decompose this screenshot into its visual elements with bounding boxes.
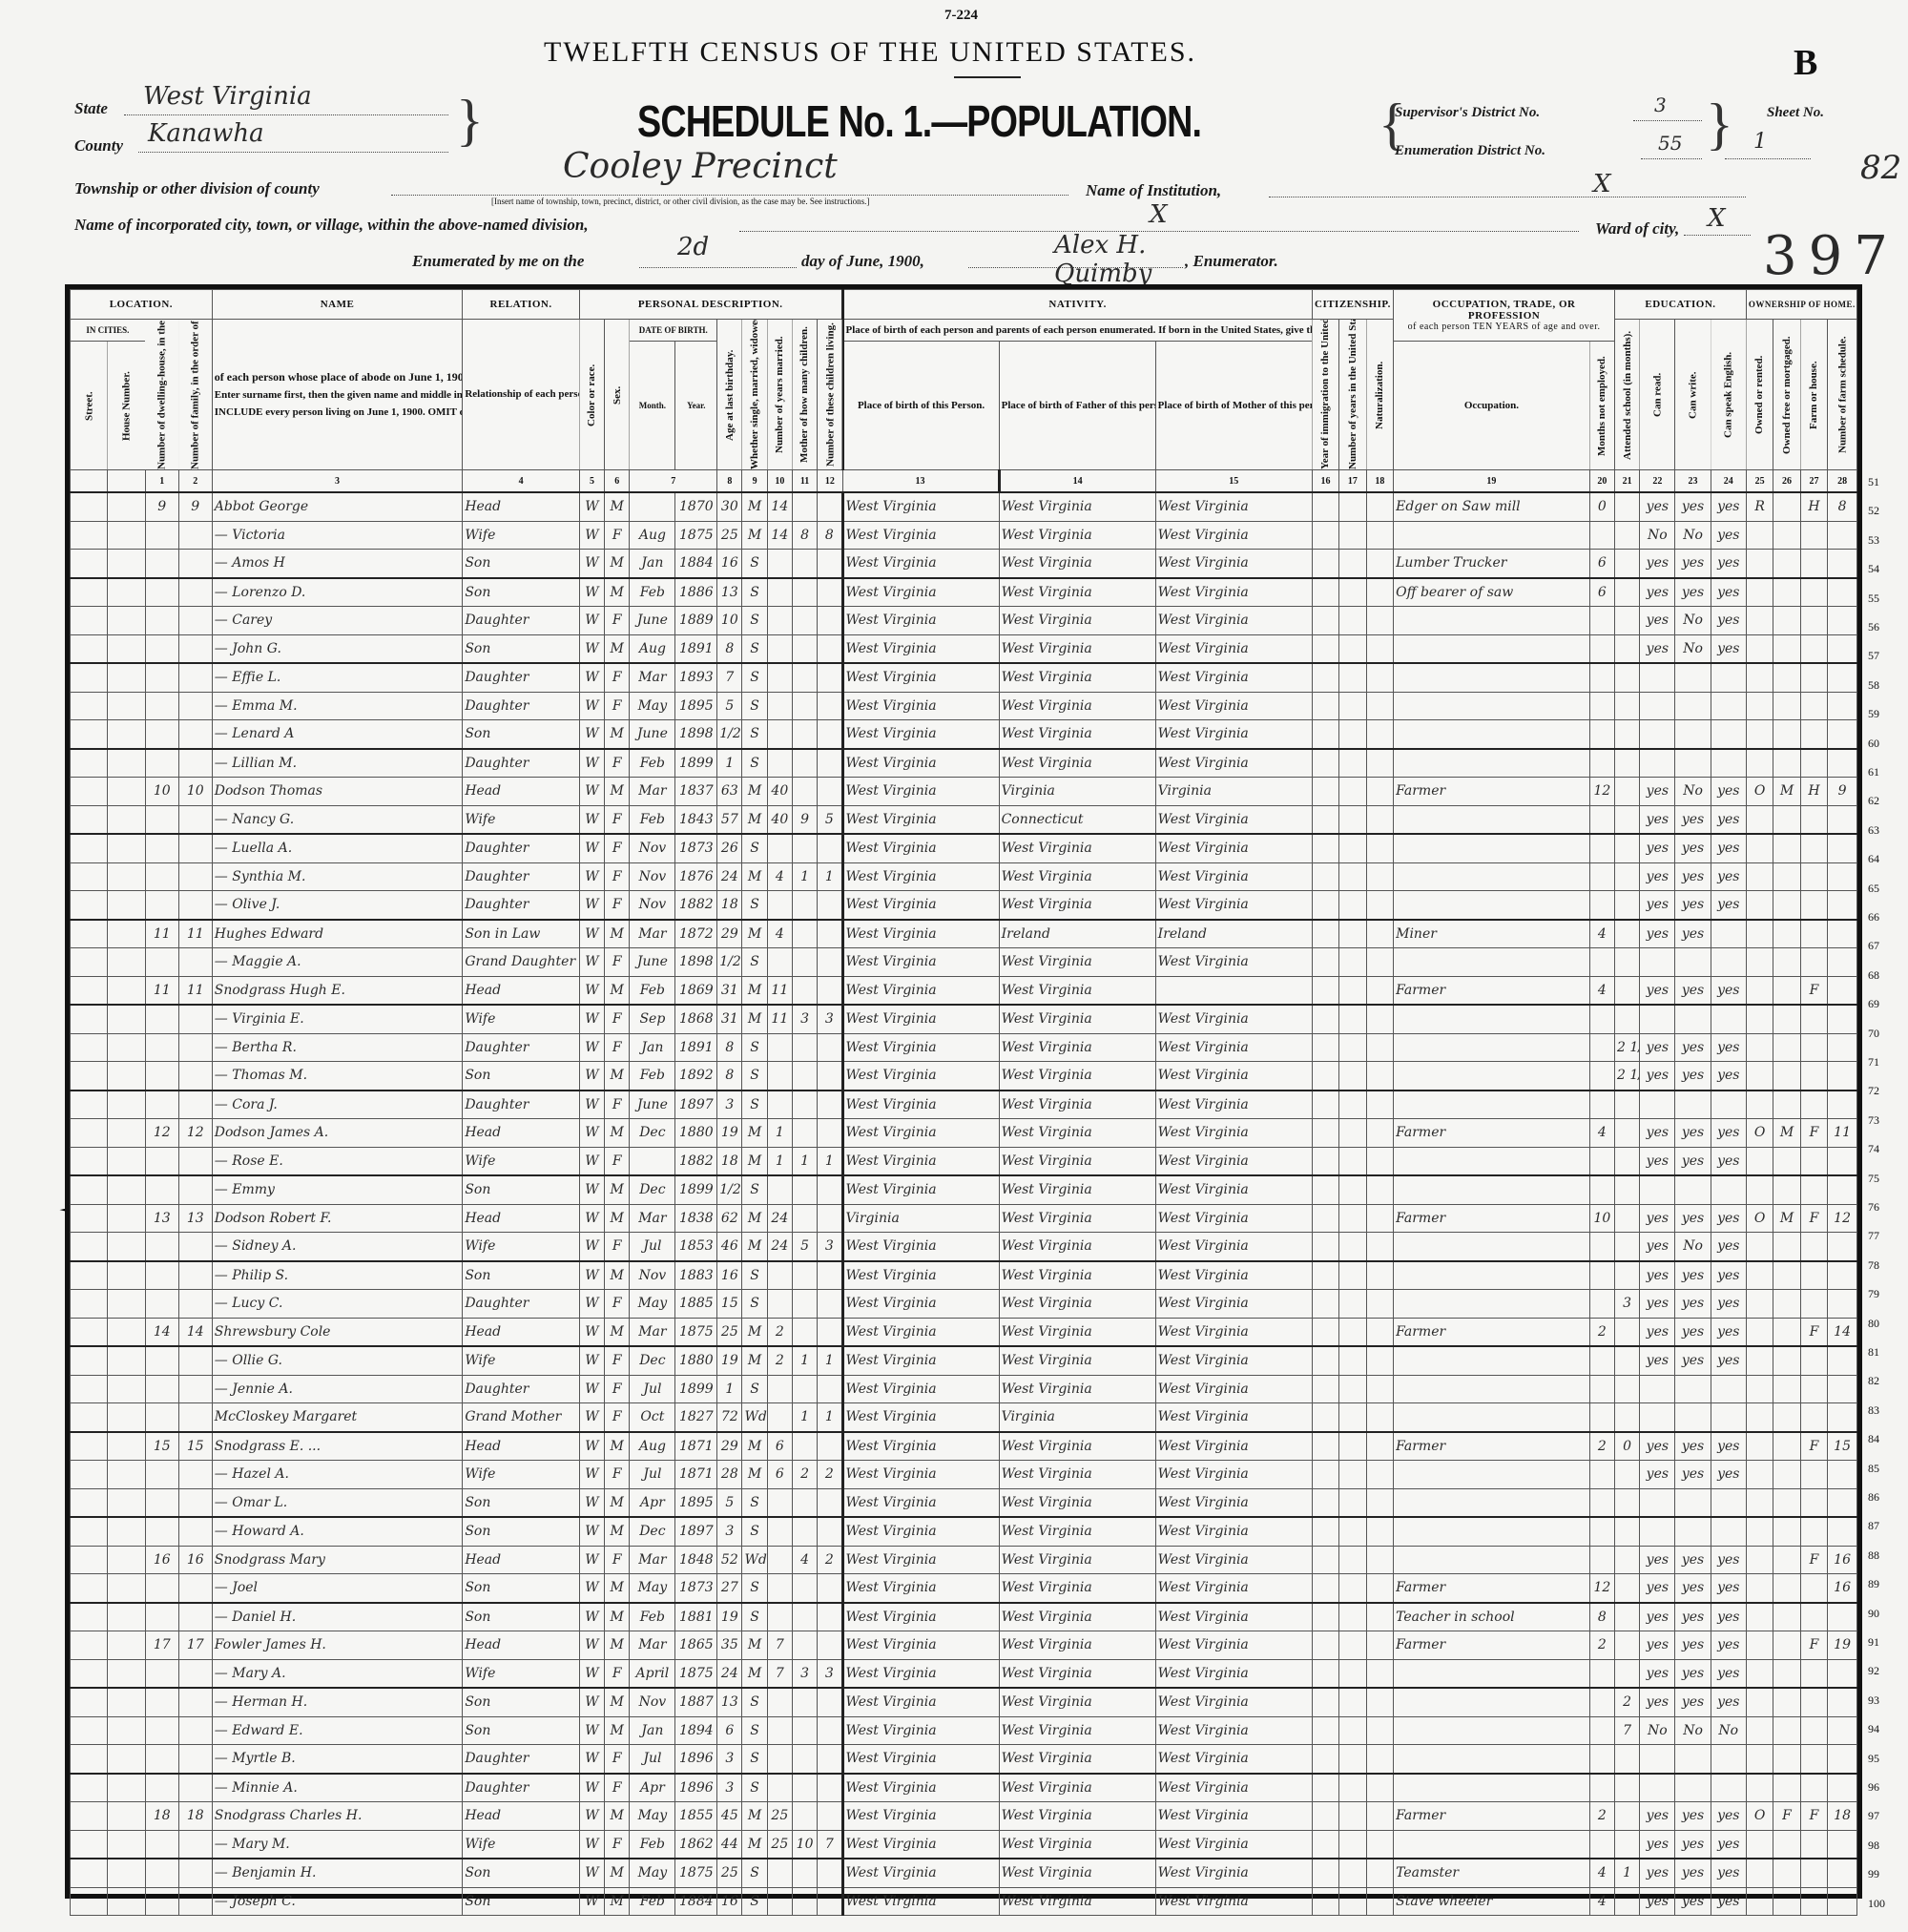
- immigration-year-cell[interactable]: [1312, 1631, 1338, 1660]
- birthplace-person-cell[interactable]: West Virginia: [842, 1659, 999, 1688]
- farm-schedule-cell[interactable]: [1828, 663, 1857, 692]
- dwelling-number-cell[interactable]: [145, 1659, 178, 1688]
- years-married-cell[interactable]: 2: [767, 1346, 792, 1375]
- house-number-cell[interactable]: [108, 862, 145, 891]
- naturalization-cell[interactable]: [1366, 1432, 1393, 1461]
- relation-cell[interactable]: Daughter: [463, 834, 580, 862]
- can-write-cell[interactable]: yes: [1675, 1830, 1711, 1859]
- free-mortgaged-cell[interactable]: [1773, 976, 1800, 1005]
- occupation-cell[interactable]: [1394, 1659, 1590, 1688]
- birthplace-mother-cell[interactable]: West Virginia: [1155, 1887, 1312, 1916]
- birth-year-cell[interactable]: 1868: [675, 1005, 717, 1033]
- years-in-us-cell[interactable]: [1339, 891, 1366, 920]
- age-cell[interactable]: 1/2: [717, 720, 742, 749]
- speaks-english-cell[interactable]: yes: [1711, 1603, 1746, 1631]
- children-living-cell[interactable]: [818, 1802, 842, 1831]
- birthplace-father-cell[interactable]: West Virginia: [999, 1233, 1155, 1261]
- farm-schedule-cell[interactable]: [1828, 1603, 1857, 1631]
- children-living-cell[interactable]: [818, 891, 842, 920]
- speaks-english-cell[interactable]: yes: [1711, 607, 1746, 635]
- can-write-cell[interactable]: yes: [1675, 1631, 1711, 1660]
- dwelling-number-cell[interactable]: [145, 891, 178, 920]
- immigration-year-cell[interactable]: [1312, 920, 1338, 948]
- birthplace-person-cell[interactable]: West Virginia: [842, 1403, 999, 1432]
- family-number-cell[interactable]: [178, 1830, 212, 1859]
- children-living-cell[interactable]: [818, 976, 842, 1005]
- age-cell[interactable]: 31: [717, 976, 742, 1005]
- birth-month-cell[interactable]: Mar: [630, 663, 675, 692]
- birthplace-person-cell[interactable]: West Virginia: [842, 1461, 999, 1489]
- years-in-us-cell[interactable]: [1339, 1603, 1366, 1631]
- marital-status-cell[interactable]: S: [742, 692, 767, 720]
- dwelling-number-cell[interactable]: [145, 1830, 178, 1859]
- speaks-english-cell[interactable]: yes: [1711, 1546, 1746, 1574]
- naturalization-cell[interactable]: [1366, 1005, 1393, 1033]
- naturalization-cell[interactable]: [1366, 1062, 1393, 1091]
- months-unemployed-cell[interactable]: [1589, 1830, 1614, 1859]
- family-number-cell[interactable]: [178, 1005, 212, 1033]
- months-unemployed-cell[interactable]: [1589, 720, 1614, 749]
- relation-cell[interactable]: Son: [463, 1859, 580, 1887]
- street-cell[interactable]: [71, 1375, 108, 1403]
- children-living-cell[interactable]: [818, 1033, 842, 1062]
- owned-rented-cell[interactable]: [1746, 1745, 1773, 1774]
- street-cell[interactable]: [71, 1261, 108, 1290]
- birth-month-cell[interactable]: May: [630, 1802, 675, 1831]
- months-unemployed-cell[interactable]: [1589, 1033, 1614, 1062]
- owned-rented-cell[interactable]: [1746, 607, 1773, 635]
- can-write-cell[interactable]: yes: [1675, 891, 1711, 920]
- birthplace-mother-cell[interactable]: West Virginia: [1155, 634, 1312, 663]
- speaks-english-cell[interactable]: yes: [1711, 634, 1746, 663]
- street-cell[interactable]: [71, 1517, 108, 1546]
- occupation-cell[interactable]: Edger on Saw mill: [1394, 492, 1590, 521]
- person-name-cell[interactable]: — Myrtle B.: [212, 1745, 463, 1774]
- farm-schedule-cell[interactable]: [1828, 1005, 1857, 1033]
- owned-rented-cell[interactable]: [1746, 1574, 1773, 1603]
- months-unemployed-cell[interactable]: [1589, 607, 1614, 635]
- speaks-english-cell[interactable]: yes: [1711, 1574, 1746, 1603]
- years-married-cell[interactable]: [767, 1716, 792, 1745]
- children-born-cell[interactable]: [792, 1033, 817, 1062]
- occupation-cell[interactable]: [1394, 1403, 1590, 1432]
- color-cell[interactable]: W: [579, 607, 604, 635]
- speaks-english-cell[interactable]: [1711, 663, 1746, 692]
- can-read-cell[interactable]: [1640, 749, 1675, 778]
- age-cell[interactable]: 19: [717, 1119, 742, 1148]
- farm-house-cell[interactable]: [1800, 1346, 1827, 1375]
- family-number-cell[interactable]: [178, 948, 212, 977]
- immigration-year-cell[interactable]: [1312, 1432, 1338, 1461]
- birthplace-father-cell[interactable]: West Virginia: [999, 1119, 1155, 1148]
- person-name-cell[interactable]: — Herman H.: [212, 1688, 463, 1716]
- naturalization-cell[interactable]: [1366, 1603, 1393, 1631]
- birth-year-cell[interactable]: 1882: [675, 1147, 717, 1175]
- farm-schedule-cell[interactable]: [1828, 720, 1857, 749]
- can-write-cell[interactable]: No: [1675, 1716, 1711, 1745]
- school-months-cell[interactable]: [1615, 1204, 1640, 1233]
- house-number-cell[interactable]: [108, 1091, 145, 1119]
- street-cell[interactable]: [71, 1659, 108, 1688]
- township-field[interactable]: Cooley Precinct: [391, 174, 1068, 196]
- farm-house-cell[interactable]: [1800, 663, 1827, 692]
- house-number-cell[interactable]: [108, 578, 145, 607]
- color-cell[interactable]: W: [579, 1432, 604, 1461]
- street-cell[interactable]: [71, 1802, 108, 1831]
- can-read-cell[interactable]: yes: [1640, 550, 1675, 578]
- house-number-cell[interactable]: [108, 1603, 145, 1631]
- house-number-cell[interactable]: [108, 976, 145, 1005]
- naturalization-cell[interactable]: [1366, 634, 1393, 663]
- months-unemployed-cell[interactable]: [1589, 1147, 1614, 1175]
- naturalization-cell[interactable]: [1366, 1375, 1393, 1403]
- birthplace-father-cell[interactable]: West Virginia: [999, 1488, 1155, 1517]
- birth-year-cell[interactable]: 1883: [675, 1261, 717, 1290]
- naturalization-cell[interactable]: [1366, 1091, 1393, 1119]
- free-mortgaged-cell[interactable]: [1773, 1887, 1800, 1916]
- immigration-year-cell[interactable]: [1312, 805, 1338, 834]
- relation-cell[interactable]: Daughter: [463, 1091, 580, 1119]
- school-months-cell[interactable]: [1615, 920, 1640, 948]
- children-living-cell[interactable]: [818, 1774, 842, 1802]
- can-read-cell[interactable]: [1640, 1091, 1675, 1119]
- person-name-cell[interactable]: — Howard A.: [212, 1517, 463, 1546]
- age-cell[interactable]: 16: [717, 1261, 742, 1290]
- birthplace-mother-cell[interactable]: Virginia: [1155, 778, 1312, 806]
- can-write-cell[interactable]: yes: [1675, 1033, 1711, 1062]
- free-mortgaged-cell[interactable]: [1773, 1346, 1800, 1375]
- dwelling-number-cell[interactable]: [145, 749, 178, 778]
- family-number-cell[interactable]: [178, 1659, 212, 1688]
- house-number-cell[interactable]: [108, 1062, 145, 1091]
- immigration-year-cell[interactable]: [1312, 1233, 1338, 1261]
- occupation-cell[interactable]: [1394, 1233, 1590, 1261]
- birth-year-cell[interactable]: 1837: [675, 778, 717, 806]
- occupation-cell[interactable]: Off bearer of saw: [1394, 578, 1590, 607]
- birthplace-person-cell[interactable]: West Virginia: [842, 1005, 999, 1033]
- months-unemployed-cell[interactable]: [1589, 692, 1614, 720]
- street-cell[interactable]: [71, 976, 108, 1005]
- farm-schedule-cell[interactable]: [1828, 550, 1857, 578]
- birthplace-father-cell[interactable]: West Virginia: [999, 1745, 1155, 1774]
- owned-rented-cell[interactable]: [1746, 578, 1773, 607]
- can-read-cell[interactable]: yes: [1640, 1574, 1675, 1603]
- color-cell[interactable]: W: [579, 1745, 604, 1774]
- relation-cell[interactable]: Daughter: [463, 1745, 580, 1774]
- birthplace-person-cell[interactable]: West Virginia: [842, 1346, 999, 1375]
- marital-status-cell[interactable]: M: [742, 1461, 767, 1489]
- family-number-cell[interactable]: [178, 862, 212, 891]
- can-write-cell[interactable]: yes: [1675, 578, 1711, 607]
- birthplace-mother-cell[interactable]: West Virginia: [1155, 492, 1312, 521]
- naturalization-cell[interactable]: [1366, 1517, 1393, 1546]
- years-in-us-cell[interactable]: [1339, 1204, 1366, 1233]
- sex-cell[interactable]: M: [605, 1517, 630, 1546]
- farm-schedule-cell[interactable]: [1828, 1859, 1857, 1887]
- birth-month-cell[interactable]: Feb: [630, 976, 675, 1005]
- age-cell[interactable]: 16: [717, 1887, 742, 1916]
- years-in-us-cell[interactable]: [1339, 1033, 1366, 1062]
- naturalization-cell[interactable]: [1366, 805, 1393, 834]
- person-name-cell[interactable]: — Ollie G.: [212, 1346, 463, 1375]
- free-mortgaged-cell[interactable]: [1773, 1574, 1800, 1603]
- birth-month-cell[interactable]: Nov: [630, 1688, 675, 1716]
- birth-year-cell[interactable]: 1899: [675, 749, 717, 778]
- school-months-cell[interactable]: [1615, 1119, 1640, 1148]
- dwelling-number-cell[interactable]: [145, 1403, 178, 1432]
- age-cell[interactable]: 27: [717, 1574, 742, 1603]
- children-born-cell[interactable]: [792, 1774, 817, 1802]
- house-number-cell[interactable]: [108, 1318, 145, 1346]
- birthplace-father-cell[interactable]: West Virginia: [999, 1290, 1155, 1319]
- birthplace-person-cell[interactable]: West Virginia: [842, 862, 999, 891]
- can-write-cell[interactable]: [1675, 663, 1711, 692]
- immigration-year-cell[interactable]: [1312, 1802, 1338, 1831]
- can-read-cell[interactable]: yes: [1640, 805, 1675, 834]
- can-read-cell[interactable]: yes: [1640, 1461, 1675, 1489]
- can-read-cell[interactable]: yes: [1640, 1204, 1675, 1233]
- speaks-english-cell[interactable]: yes: [1711, 1688, 1746, 1716]
- house-number-cell[interactable]: [108, 834, 145, 862]
- speaks-english-cell[interactable]: [1711, 1488, 1746, 1517]
- speaks-english-cell[interactable]: [1711, 1091, 1746, 1119]
- owned-rented-cell[interactable]: [1746, 634, 1773, 663]
- color-cell[interactable]: W: [579, 1716, 604, 1745]
- house-number-cell[interactable]: [108, 521, 145, 550]
- dwelling-number-cell[interactable]: [145, 1574, 178, 1603]
- house-number-cell[interactable]: [108, 891, 145, 920]
- birthplace-mother-cell[interactable]: West Virginia: [1155, 805, 1312, 834]
- age-cell[interactable]: 6: [717, 1716, 742, 1745]
- relation-cell[interactable]: Wife: [463, 1147, 580, 1175]
- marital-status-cell[interactable]: S: [742, 1887, 767, 1916]
- can-write-cell[interactable]: [1675, 692, 1711, 720]
- dwelling-number-cell[interactable]: [145, 1233, 178, 1261]
- person-name-cell[interactable]: — Rose E.: [212, 1147, 463, 1175]
- immigration-year-cell[interactable]: [1312, 948, 1338, 977]
- can-write-cell[interactable]: yes: [1675, 1318, 1711, 1346]
- free-mortgaged-cell[interactable]: [1773, 634, 1800, 663]
- school-months-cell[interactable]: [1615, 1005, 1640, 1033]
- years-married-cell[interactable]: 40: [767, 805, 792, 834]
- children-living-cell[interactable]: [818, 1603, 842, 1631]
- owned-rented-cell[interactable]: [1746, 1688, 1773, 1716]
- relation-cell[interactable]: Son: [463, 720, 580, 749]
- sex-cell[interactable]: F: [605, 1774, 630, 1802]
- naturalization-cell[interactable]: [1366, 521, 1393, 550]
- owned-rented-cell[interactable]: [1746, 1290, 1773, 1319]
- years-married-cell[interactable]: 7: [767, 1659, 792, 1688]
- marital-status-cell[interactable]: M: [742, 1204, 767, 1233]
- can-read-cell[interactable]: yes: [1640, 1688, 1675, 1716]
- birth-month-cell[interactable]: Dec: [630, 1175, 675, 1204]
- birth-year-cell[interactable]: 1853: [675, 1233, 717, 1261]
- person-name-cell[interactable]: — Thomas M.: [212, 1062, 463, 1091]
- color-cell[interactable]: W: [579, 521, 604, 550]
- birthplace-person-cell[interactable]: West Virginia: [842, 1318, 999, 1346]
- relation-cell[interactable]: Daughter: [463, 663, 580, 692]
- children-born-cell[interactable]: [792, 891, 817, 920]
- owned-rented-cell[interactable]: [1746, 1403, 1773, 1432]
- immigration-year-cell[interactable]: [1312, 976, 1338, 1005]
- birthplace-person-cell[interactable]: West Virginia: [842, 1062, 999, 1091]
- years-married-cell[interactable]: 6: [767, 1461, 792, 1489]
- years-in-us-cell[interactable]: [1339, 692, 1366, 720]
- birthplace-person-cell[interactable]: West Virginia: [842, 1233, 999, 1261]
- immigration-year-cell[interactable]: [1312, 692, 1338, 720]
- person-name-cell[interactable]: Abbot George: [212, 492, 463, 521]
- marital-status-cell[interactable]: M: [742, 1830, 767, 1859]
- house-number-cell[interactable]: [108, 1631, 145, 1660]
- years-in-us-cell[interactable]: [1339, 521, 1366, 550]
- family-number-cell[interactable]: 13: [178, 1204, 212, 1233]
- farm-house-cell[interactable]: [1800, 692, 1827, 720]
- sex-cell[interactable]: M: [605, 1603, 630, 1631]
- color-cell[interactable]: W: [579, 1517, 604, 1546]
- months-unemployed-cell[interactable]: 0: [1589, 492, 1614, 521]
- age-cell[interactable]: 3: [717, 1774, 742, 1802]
- speaks-english-cell[interactable]: yes: [1711, 891, 1746, 920]
- sex-cell[interactable]: M: [605, 1204, 630, 1233]
- dwelling-number-cell[interactable]: 11: [145, 976, 178, 1005]
- color-cell[interactable]: W: [579, 1488, 604, 1517]
- street-cell[interactable]: [71, 1887, 108, 1916]
- age-cell[interactable]: 8: [717, 1033, 742, 1062]
- age-cell[interactable]: 63: [717, 778, 742, 806]
- sex-cell[interactable]: F: [605, 1233, 630, 1261]
- sex-cell[interactable]: M: [605, 634, 630, 663]
- farm-schedule-cell[interactable]: [1828, 1147, 1857, 1175]
- street-cell[interactable]: [71, 749, 108, 778]
- years-in-us-cell[interactable]: [1339, 1659, 1366, 1688]
- county-field[interactable]: Kanawha: [138, 131, 448, 153]
- dwelling-number-cell[interactable]: [145, 948, 178, 977]
- marital-status-cell[interactable]: S: [742, 1517, 767, 1546]
- birth-month-cell[interactable]: Feb: [630, 1062, 675, 1091]
- occupation-cell[interactable]: [1394, 663, 1590, 692]
- birthplace-person-cell[interactable]: West Virginia: [842, 634, 999, 663]
- house-number-cell[interactable]: [108, 1005, 145, 1033]
- years-married-cell[interactable]: 6: [767, 1432, 792, 1461]
- sex-cell[interactable]: M: [605, 1574, 630, 1603]
- family-number-cell[interactable]: [178, 1091, 212, 1119]
- color-cell[interactable]: W: [579, 578, 604, 607]
- school-months-cell[interactable]: 7: [1615, 1716, 1640, 1745]
- birthplace-mother-cell[interactable]: West Virginia: [1155, 578, 1312, 607]
- years-in-us-cell[interactable]: [1339, 948, 1366, 977]
- children-born-cell[interactable]: 1: [792, 1346, 817, 1375]
- speaks-english-cell[interactable]: [1711, 1517, 1746, 1546]
- years-married-cell[interactable]: [767, 550, 792, 578]
- can-write-cell[interactable]: yes: [1675, 1546, 1711, 1574]
- birthplace-father-cell[interactable]: West Virginia: [999, 1631, 1155, 1660]
- immigration-year-cell[interactable]: [1312, 1091, 1338, 1119]
- owned-rented-cell[interactable]: [1746, 1233, 1773, 1261]
- years-married-cell[interactable]: [767, 834, 792, 862]
- relation-cell[interactable]: Head: [463, 1546, 580, 1574]
- sex-cell[interactable]: M: [605, 1887, 630, 1916]
- speaks-english-cell[interactable]: [1711, 948, 1746, 977]
- birth-month-cell[interactable]: Jan: [630, 1716, 675, 1745]
- street-cell[interactable]: [71, 492, 108, 521]
- farm-schedule-cell[interactable]: [1828, 1488, 1857, 1517]
- farm-schedule-cell[interactable]: [1828, 1375, 1857, 1403]
- birth-year-cell[interactable]: 1875: [675, 1859, 717, 1887]
- can-read-cell[interactable]: yes: [1640, 1119, 1675, 1148]
- person-name-cell[interactable]: — Emma M.: [212, 692, 463, 720]
- color-cell[interactable]: W: [579, 1631, 604, 1660]
- speaks-english-cell[interactable]: yes: [1711, 521, 1746, 550]
- birth-month-cell[interactable]: June: [630, 1091, 675, 1119]
- person-name-cell[interactable]: — John G.: [212, 634, 463, 663]
- color-cell[interactable]: W: [579, 862, 604, 891]
- birth-year-cell[interactable]: 1886: [675, 578, 717, 607]
- children-living-cell[interactable]: 1: [818, 1346, 842, 1375]
- children-born-cell[interactable]: 1: [792, 1147, 817, 1175]
- marital-status-cell[interactable]: S: [742, 634, 767, 663]
- months-unemployed-cell[interactable]: 4: [1589, 1119, 1614, 1148]
- years-married-cell[interactable]: 25: [767, 1802, 792, 1831]
- school-months-cell[interactable]: [1615, 1403, 1640, 1432]
- birthplace-father-cell[interactable]: Virginia: [999, 1403, 1155, 1432]
- marital-status-cell[interactable]: S: [742, 550, 767, 578]
- person-name-cell[interactable]: — Hazel A.: [212, 1461, 463, 1489]
- farm-schedule-cell[interactable]: [1828, 976, 1857, 1005]
- children-living-cell[interactable]: [818, 578, 842, 607]
- sex-cell[interactable]: F: [605, 749, 630, 778]
- months-unemployed-cell[interactable]: [1589, 1774, 1614, 1802]
- children-living-cell[interactable]: [818, 1261, 842, 1290]
- sheet-field[interactable]: 1: [1725, 137, 1811, 159]
- years-in-us-cell[interactable]: [1339, 1261, 1366, 1290]
- dwelling-number-cell[interactable]: [145, 634, 178, 663]
- birth-year-cell[interactable]: 1827: [675, 1403, 717, 1432]
- person-name-cell[interactable]: — Amos H: [212, 550, 463, 578]
- years-married-cell[interactable]: [767, 1887, 792, 1916]
- years-in-us-cell[interactable]: [1339, 805, 1366, 834]
- birthplace-father-cell[interactable]: West Virginia: [999, 1774, 1155, 1802]
- occupation-cell[interactable]: [1394, 1716, 1590, 1745]
- naturalization-cell[interactable]: [1366, 550, 1393, 578]
- birthplace-person-cell[interactable]: West Virginia: [842, 1574, 999, 1603]
- street-cell[interactable]: [71, 1574, 108, 1603]
- dwelling-number-cell[interactable]: [145, 1091, 178, 1119]
- years-married-cell[interactable]: [767, 1062, 792, 1091]
- school-months-cell[interactable]: [1615, 521, 1640, 550]
- months-unemployed-cell[interactable]: [1589, 1375, 1614, 1403]
- house-number-cell[interactable]: [108, 749, 145, 778]
- birth-year-cell[interactable]: 1891: [675, 634, 717, 663]
- birthplace-father-cell[interactable]: West Virginia: [999, 891, 1155, 920]
- birth-year-cell[interactable]: 1899: [675, 1175, 717, 1204]
- color-cell[interactable]: W: [579, 1546, 604, 1574]
- free-mortgaged-cell[interactable]: [1773, 834, 1800, 862]
- speaks-english-cell[interactable]: [1711, 749, 1746, 778]
- street-cell[interactable]: [71, 634, 108, 663]
- farm-house-cell[interactable]: F: [1800, 1631, 1827, 1660]
- occupation-cell[interactable]: [1394, 1005, 1590, 1033]
- dwelling-number-cell[interactable]: 15: [145, 1432, 178, 1461]
- farm-house-cell[interactable]: [1800, 948, 1827, 977]
- immigration-year-cell[interactable]: [1312, 1033, 1338, 1062]
- birthplace-father-cell[interactable]: West Virginia: [999, 1062, 1155, 1091]
- house-number-cell[interactable]: [108, 1802, 145, 1831]
- birthplace-father-cell[interactable]: Connecticut: [999, 805, 1155, 834]
- school-months-cell[interactable]: [1615, 1659, 1640, 1688]
- birth-month-cell[interactable]: [630, 1147, 675, 1175]
- birthplace-mother-cell[interactable]: West Virginia: [1155, 1033, 1312, 1062]
- birthplace-mother-cell[interactable]: West Virginia: [1155, 1233, 1312, 1261]
